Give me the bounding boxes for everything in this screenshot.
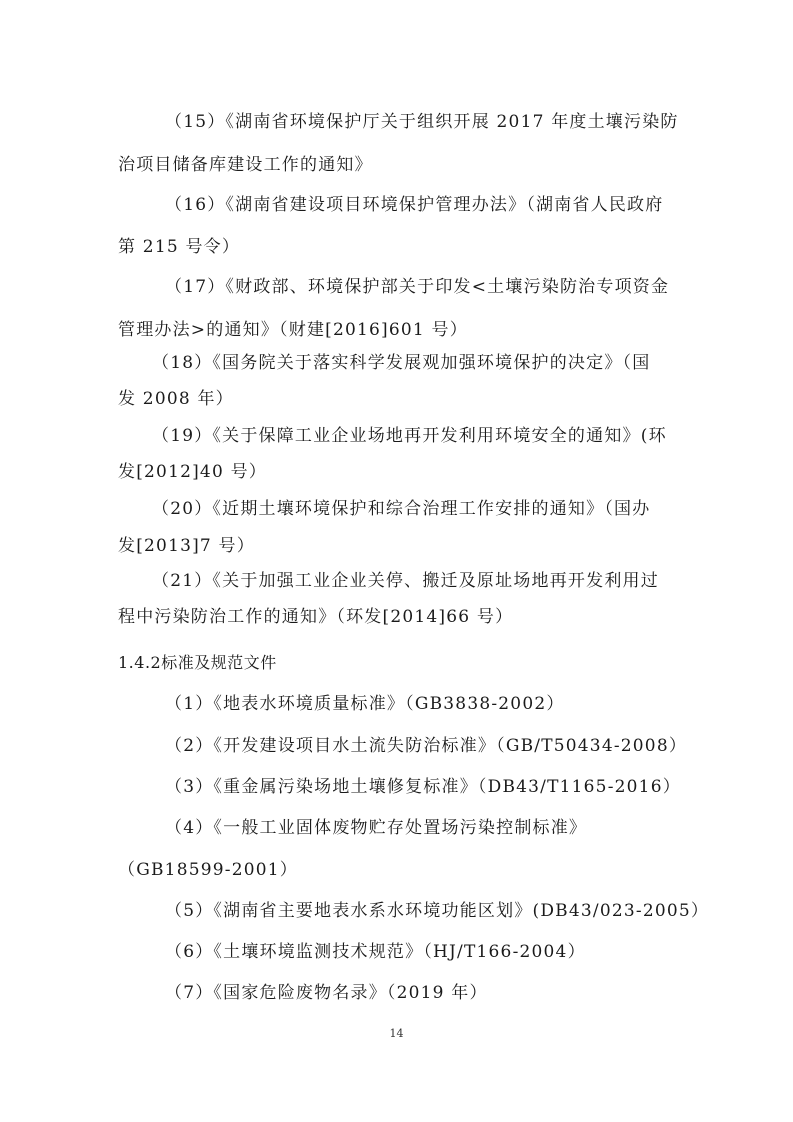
reference-item-16: （16）《湖南省建设项目环境保护管理办法》（湖南省人民政府 [165,190,663,215]
reference-item-20: （20）《近期土壤环境保护和综合治理工作安排的通知》（国办 [152,494,650,519]
standard-item-7: （7）《国家危险废物名录》（2019 年） [165,978,488,1003]
reference-item-15-cont: 治项目储备库建设工作的通知》 [118,150,373,175]
standard-item-2: （2）《开发建设项目水土流失防治标准》（GB/T50434-2008） [165,731,687,756]
reference-item-15: （15）《湖南省环境保护厅关于组织开展 2017 年度土壤污染防 [165,107,679,132]
reference-item-18: （18）《国务院关于落实科学发展观加强环境保护的决定》（国 [152,348,650,373]
reference-item-20-cont: 发[2013]7 号） [118,531,255,556]
reference-item-19: （19）《关于保障工业企业场地再开发利用环境安全的通知》(环 [152,421,667,446]
standard-item-5: （5）《湖南省主要地表水系水环境功能区划》(DB43/023-2005） [165,896,709,921]
standard-item-4-cont: （GB18599-2001） [118,855,298,880]
standard-item-1: （1）《地表水环境质量标准》（GB3838-2002） [165,689,565,714]
standard-item-4: （4）《一般工业固体废物贮存处置场污染控制标准》 [165,813,587,838]
standard-item-3: （3）《重金属污染场地土壤修复标准》（DB43/T1165-2016） [165,772,681,797]
reference-item-21-cont: 程中污染防治工作的通知》（环发[2014]66 号） [118,602,513,627]
reference-item-16-cont: 第 215 号令） [118,232,240,257]
reference-item-17: （17）《财政部、环境保护部关于印发<土壤污染防治专项资金 [165,272,669,297]
reference-item-21: （21）《关于加强工业企业关停、搬迁及原址场地再开发利用过 [152,566,659,591]
reference-item-17-cont: 管理办法>的通知》（财建[2016]601 号） [118,315,468,340]
section-heading: 1.4.2标准及规范文件 [118,650,277,673]
reference-item-19-cont: 发[2012]40 号） [118,457,267,482]
reference-item-18-cont: 发 2008 年） [118,384,234,409]
page-number: 14 [0,1027,793,1040]
standard-item-6: （6）《土壤环境监测技术规范》（HJ/T166-2004） [165,937,586,962]
